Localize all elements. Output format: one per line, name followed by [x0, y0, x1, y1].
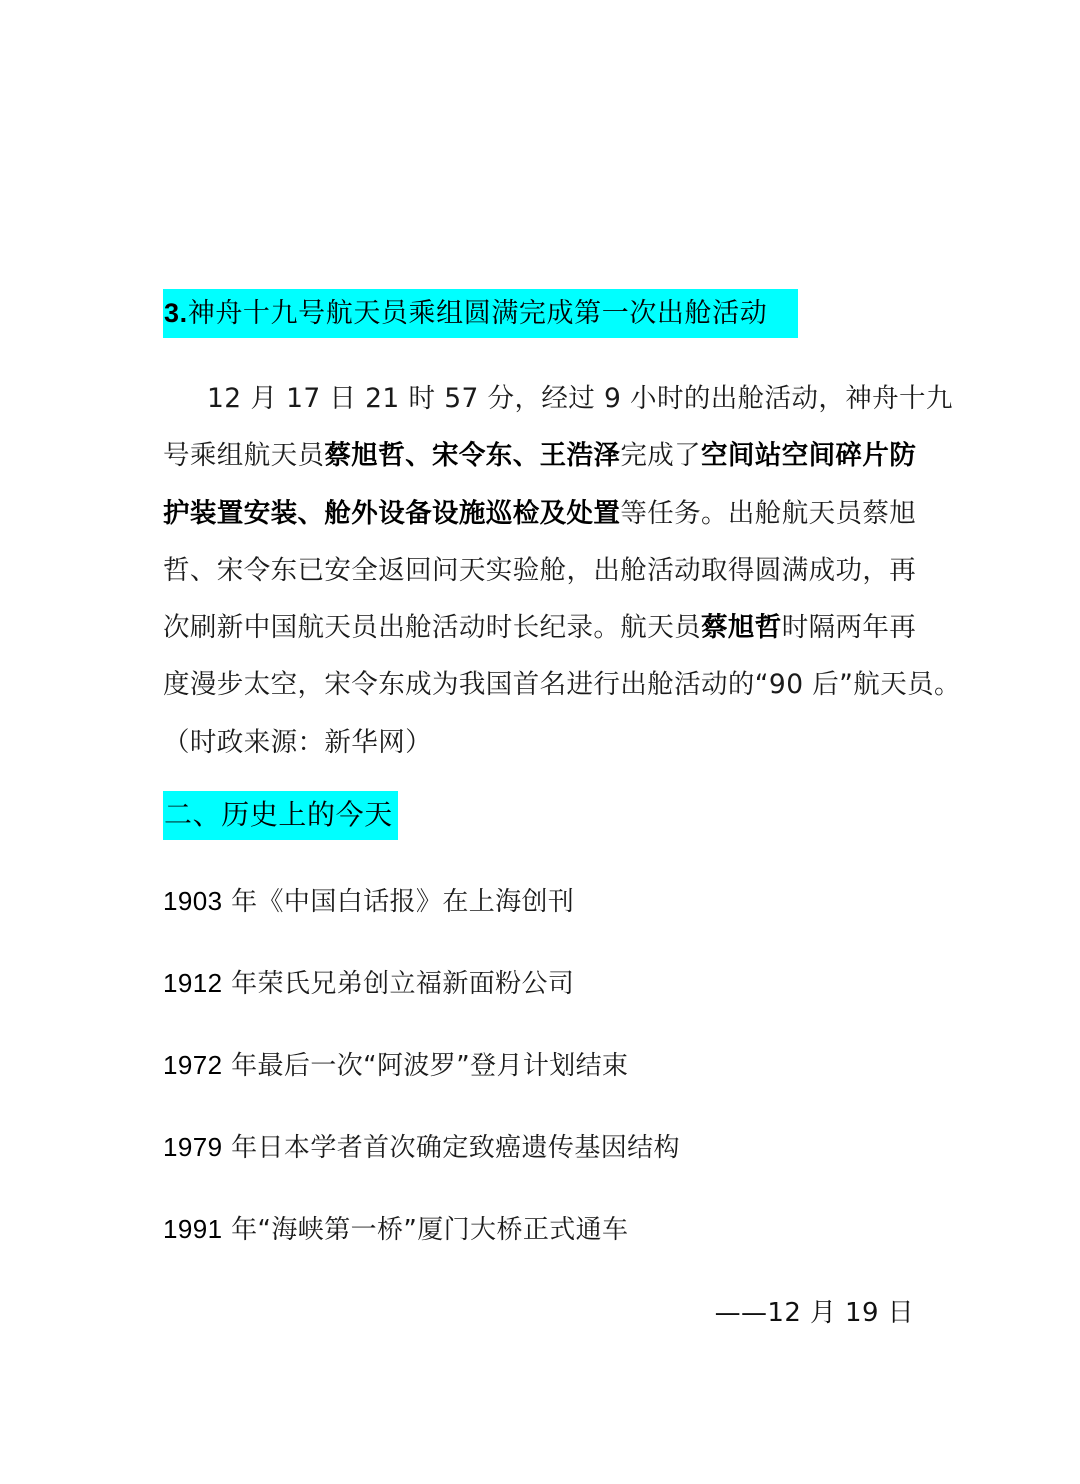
task-emphasis: 护装置安装、舱外设备设施巡检及处置 [163, 498, 620, 529]
text-run: 哲、宋令东已安全返回问天实验舱，出舱活动取得圆满成功，再 [163, 555, 916, 586]
text-run: 时隔两年再 [782, 612, 917, 643]
astronaut-name-emphasis: 蔡旭哲 [701, 612, 782, 643]
text-run: 完成了 [620, 440, 701, 471]
history-event: 年“海峡第一桥”厦门大桥正式通车 [222, 1215, 628, 1245]
text-run: 次刷新中国航天员出舱活动时长纪录。航天员 [163, 612, 701, 643]
history-item: 1912 年荣氏兄弟创立福新面粉公司 [163, 958, 923, 1040]
text-run: 度漫步太空，宋令东成为我国首名进行出舱活动的“90 后”航天员。 [163, 669, 961, 700]
source-note: （时政来源：新华网） [163, 714, 923, 771]
heading-text: 神舟十九号航天员乘组圆满完成第一次出舱活动 [188, 298, 768, 329]
section-heading-history: 二、历史上的今天 [163, 791, 398, 840]
paragraph-line: 护装置安装、舱外设备设施巡检及处置等任务。出舱航天员蔡旭 [163, 485, 923, 542]
history-year: 1972 [163, 1050, 222, 1080]
history-year: 1991 [163, 1214, 222, 1244]
document-page: 3.神舟十九号航天员乘组圆满完成第一次出舱活动 12 月 17 日 21 时 5… [0, 0, 1080, 1484]
task-emphasis: 空间站空间碎片防 [701, 440, 916, 471]
history-year: 1979 [163, 1132, 222, 1162]
history-event: 年日本学者首次确定致癌遗传基因结构 [222, 1133, 679, 1163]
history-list: 1903 年《中国白话报》在上海创刊 1912 年荣氏兄弟创立福新面粉公司 19… [163, 876, 923, 1286]
heading-number: 3. [164, 298, 188, 328]
astronaut-names: 蔡旭哲、宋令东、王浩泽 [324, 440, 620, 471]
history-item: 1903 年《中国白话报》在上海创刊 [163, 876, 923, 958]
history-year: 1903 [163, 886, 222, 916]
paragraph-line: 哲、宋令东已安全返回问天实验舱，出舱活动取得圆满成功，再 [163, 542, 923, 599]
heading-text: 二、历史上的今天 [164, 798, 393, 831]
text-run: 等任务。出舱航天员蔡旭 [620, 498, 916, 529]
history-item: 1972 年最后一次“阿波罗”登月计划结束 [163, 1040, 923, 1122]
paragraph-line: 号乘组航天员蔡旭哲、宋令东、王浩泽完成了空间站空间碎片防 [163, 427, 923, 484]
history-item: 1991 年“海峡第一桥”厦门大桥正式通车 [163, 1204, 923, 1286]
history-event: 年荣氏兄弟创立福新面粉公司 [222, 969, 574, 999]
text-run: 12 月 17 日 21 时 57 分，经过 9 小时的出舱活动，神舟十九 [207, 383, 953, 414]
news-paragraph: 12 月 17 日 21 时 57 分，经过 9 小时的出舱活动，神舟十九 号乘… [163, 370, 923, 771]
paragraph-line: 次刷新中国航天员出舱活动时长纪录。航天员蔡旭哲时隔两年再 [163, 599, 923, 656]
history-event: 年最后一次“阿波罗”登月计划结束 [222, 1051, 628, 1081]
history-item: 1979 年日本学者首次确定致癌遗传基因结构 [163, 1122, 923, 1204]
signoff-date: ——12 月 19 日 [715, 1288, 914, 1338]
history-event: 年《中国白话报》在上海创刊 [222, 887, 574, 917]
paragraph-line: 12 月 17 日 21 时 57 分，经过 9 小时的出舱活动，神舟十九 [163, 370, 923, 427]
source-text: （时政来源：新华网） [163, 727, 432, 758]
history-year: 1912 [163, 968, 222, 998]
text-run: 号乘组航天员 [163, 440, 324, 471]
paragraph-line: 度漫步太空，宋令东成为我国首名进行出舱活动的“90 后”航天员。 [163, 656, 923, 713]
section-heading-shenzhou: 3.神舟十九号航天员乘组圆满完成第一次出舱活动 [163, 289, 798, 338]
